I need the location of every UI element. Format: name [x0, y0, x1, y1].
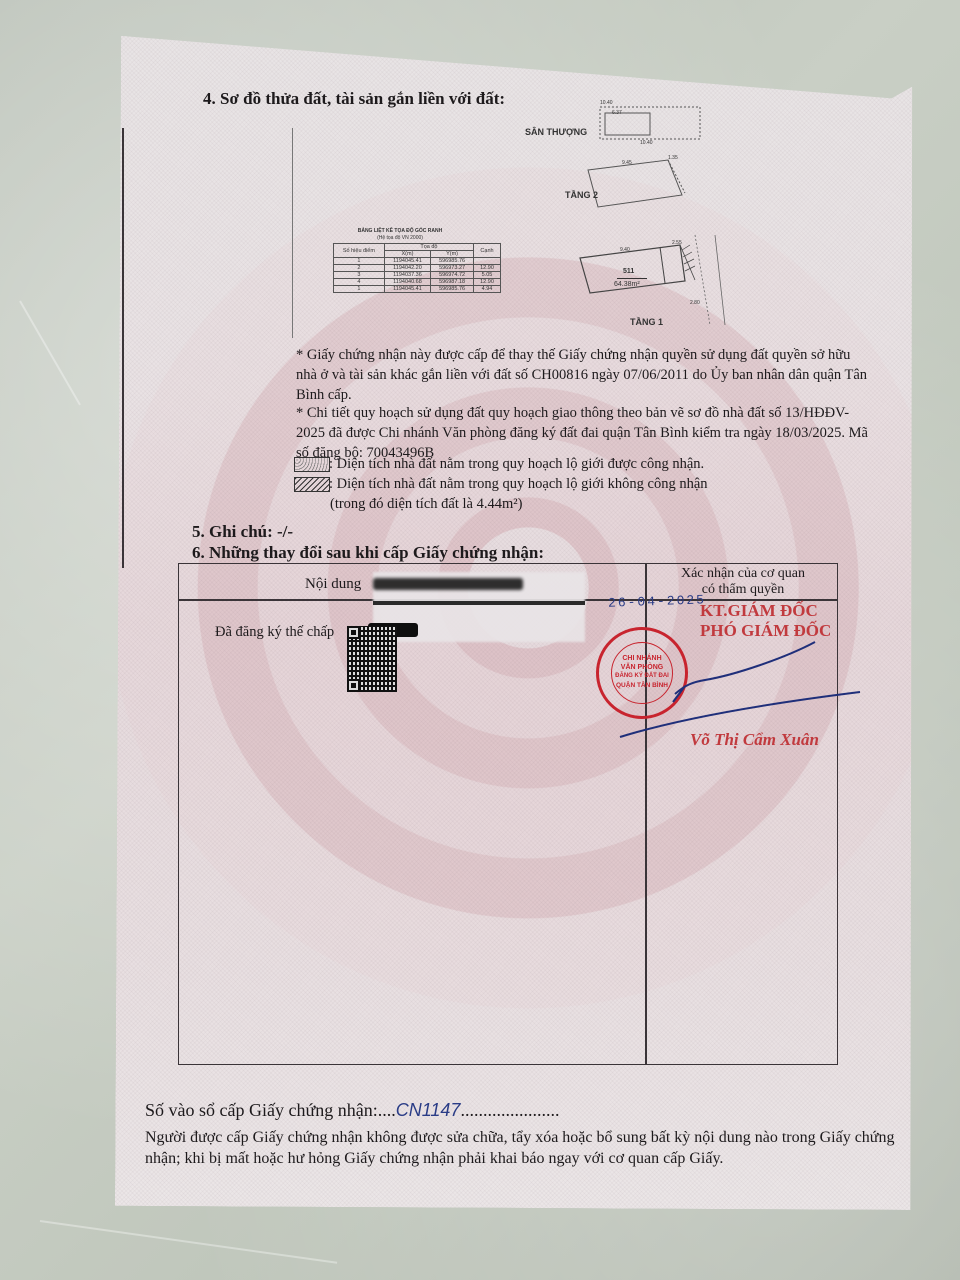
diagram-frame-line — [292, 128, 293, 338]
col-header-y: Y(m) — [431, 251, 474, 258]
coord-table-row: 11194045.41596985.76 — [334, 258, 501, 265]
coord-cell-x: 1194037.36 — [384, 272, 430, 279]
register-dots: ...................... — [460, 1100, 559, 1120]
note-replacement: * Giấy chứng nhận này được cấp để thay t… — [296, 345, 871, 405]
coord-cell-x: 1194040.68 — [384, 279, 430, 286]
coord-table-row: 31194037.36596974.725.05 — [334, 272, 501, 279]
register-number-label: Số vào sổ cấp Giấy chứng nhận:....CN1147… — [145, 1100, 559, 1120]
col-header-coords: Tọa độ — [384, 244, 473, 251]
coord-cell-x: 1194045.41 — [384, 258, 430, 265]
parcel-area: 64.38m² — [614, 281, 640, 288]
section-4-heading: 4. Sơ đồ thửa đất, tài sản gắn liền với … — [203, 89, 505, 109]
coord-cell-edge: 12.90 — [474, 265, 501, 272]
register-label: Số vào sổ cấp Giấy chứng nhận:.... — [145, 1100, 396, 1120]
coord-table-row: 11194045.41596985.764.94 — [334, 286, 501, 293]
dimension-label: 9.40 — [620, 247, 630, 253]
redaction-bar — [373, 601, 585, 605]
qr-finder-icon — [347, 679, 360, 692]
signer-name: Võ Thị Cẩm Xuân — [690, 730, 819, 750]
legal-warning: Người được cấp Giấy chứng nhận không đượ… — [145, 1127, 915, 1169]
coord-table-row: 21194042.20596973.2712.90 — [334, 265, 501, 272]
floor-plan-diagram — [560, 95, 770, 335]
coord-cell-point: 4 — [334, 279, 385, 286]
dimension-label: 6.37 — [612, 110, 622, 116]
col-header-verification-line2: có thẩm quyền — [702, 582, 784, 597]
col-header-point: Số hiệu điểm — [334, 244, 385, 258]
dimension-label: 9.45 — [622, 160, 632, 166]
section-6-heading: 6. Những thay đổi sau khi cấp Giấy chứng… — [192, 543, 544, 563]
coord-cell-y: 596974.72 — [431, 272, 474, 279]
coord-table-title: BẢNG LIỆT KÊ TỌA ĐỘ GÓC RANH — [335, 228, 465, 234]
dimension-label: 1.35 — [668, 155, 678, 161]
authority-title-1: KT.GIÁM ĐỐC — [700, 601, 818, 621]
coord-cell-edge: 12.90 — [474, 279, 501, 286]
dimension-label: 2.80 — [690, 300, 700, 306]
parcel-number: 511 — [623, 268, 634, 275]
redacted-text — [373, 578, 523, 590]
coordinates-table: Số hiệu điểm Tọa độ Cạnh X(m) Y(m) 11194… — [333, 243, 501, 293]
coord-cell-edge — [474, 258, 501, 265]
col-header-x: X(m) — [384, 251, 430, 258]
coord-cell-y: 596985.76 — [431, 258, 474, 265]
coord-cell-y: 596973.27 — [431, 265, 474, 272]
col-header-verification-line1: Xác nhận của cơ quan — [681, 566, 805, 581]
signature-strokes — [615, 630, 865, 740]
col-header-content: Nội dung — [305, 574, 361, 594]
coord-cell-y: 596985.76 — [431, 286, 474, 293]
legend-dotted-swatch — [294, 457, 330, 472]
dimension-label: 10.40 — [640, 140, 653, 146]
coord-cell-edge: 4.94 — [474, 286, 501, 293]
legend-unrecognized-text: : Diện tích nhà đất nằm trong quy hoạch … — [329, 474, 708, 494]
register-value: CN1147 — [396, 1100, 461, 1120]
page-frame-left — [122, 128, 124, 568]
legend-unrecognized-subtext: (trong đó diện tích đất là 4.44m²) — [330, 494, 522, 514]
coord-cell-point: 1 — [334, 286, 385, 293]
marble-vein — [19, 301, 81, 406]
coord-cell-edge: 5.05 — [474, 272, 501, 279]
coord-cell-point: 2 — [334, 265, 385, 272]
floor-label-floor1: TẦNG 1 — [630, 317, 663, 327]
legend-recognized-text: : Diện tích nhà đất nằm trong quy hoạch … — [329, 454, 704, 474]
qr-code — [347, 626, 397, 692]
legend-hatched-swatch — [294, 477, 330, 492]
coord-cell-x: 1194045.41 — [384, 286, 430, 293]
col-header-edge: Cạnh — [474, 244, 501, 258]
coord-cell-point: 3 — [334, 272, 385, 279]
coord-table-row: 41194040.68596987.1812.90 — [334, 279, 501, 286]
dimension-label: 2.55 — [672, 240, 682, 246]
mortgage-entry: Đã đăng ký thế chấp — [215, 622, 334, 642]
coord-cell-point: 1 — [334, 258, 385, 265]
dimension-label: 10.40 — [600, 100, 613, 106]
qr-finder-icon — [347, 626, 360, 639]
floor-label-floor2: TẦNG 2 — [565, 190, 598, 200]
coord-cell-x: 1194042.20 — [384, 265, 430, 272]
marble-vein — [40, 1220, 337, 1264]
coord-table-subtitle: (Hệ tọa độ VN 2000) — [335, 235, 465, 241]
parcel-divider — [617, 278, 647, 279]
coord-cell-y: 596987.18 — [431, 279, 474, 286]
section-5-heading: 5. Ghi chú: -/- — [192, 522, 293, 542]
floor-label-rooftop: SÂN THƯỢNG — [525, 127, 587, 137]
